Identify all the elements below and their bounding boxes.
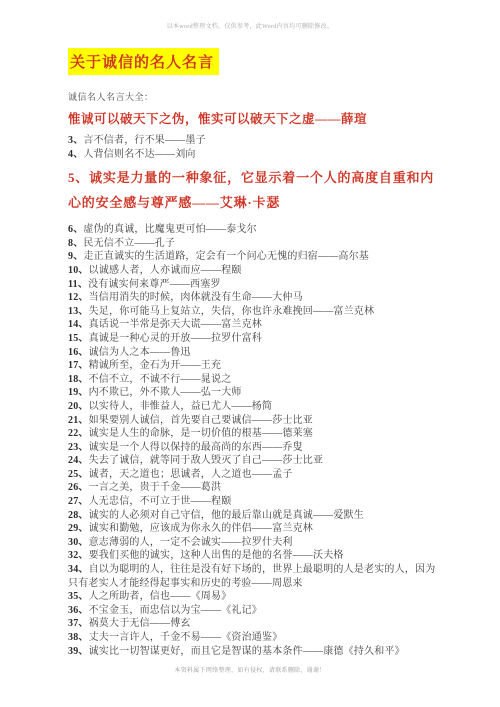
quote-item: 24、失去了诚信，就等同于敌人毁灭了自己——莎士比亚 [68, 454, 438, 468]
quote-text: 没有诚实何来尊严——西塞罗 [88, 279, 221, 290]
page-title: 关于诚信的名人名言 [68, 48, 219, 75]
quote-text: 以诚感人者，人亦诚而应——程颐 [89, 265, 242, 276]
quote-item: 28、诚实的人必须对自己守信，他的最后靠山就是真诚——爱默生 [68, 509, 438, 523]
quote-item: 8、民无信不立——孔子 [68, 237, 438, 251]
quote-text: 诚实是人生的命脉，是一切价值的根基——德莱塞 [89, 428, 313, 439]
quote-text: 走正直诚实的生活道路，定会有一个问心无愧的归宿——高尔基 [83, 251, 369, 262]
quote-number: 26、 [68, 482, 89, 493]
quote-number: 19、 [68, 387, 89, 398]
quote-text: 诚实比一切智谋更好，而且它是智谋的基本条件——康德《持久和平》 [89, 646, 405, 657]
quote-number: 12、 [68, 292, 89, 303]
quote-text: 诚实的人必须对自己守信，他的最后靠山就是真诚——爱默生 [89, 510, 364, 521]
lead-quote: 惟诚可以破天下之伪，惟实可以破天下之虚——薛瑄 [68, 109, 438, 127]
quote-number: 5、 [68, 170, 89, 185]
quote-item: 16、诚信为人之本——鲁迅 [68, 346, 438, 360]
quote-number: 18、 [68, 374, 89, 385]
quotes-list: 3、言不信者，行不果——墨子4、人背信则名不达——刘向5、诚实是力量的一种象征，… [68, 134, 438, 658]
quote-item: 32、要我们买他的诚实，这种人出售的是他的名誉——沃夫格 [68, 549, 438, 563]
quote-item: 12、当信用消失的时候，肉体就没有生命——大仲马 [68, 291, 438, 305]
quote-item: 13、失足，你可能马上复站立，失信，你也许永难挽回——富兰克林 [68, 305, 438, 319]
quote-item: 20、以实待人，非惟益人，益已尤人——杨简 [68, 400, 438, 414]
quote-text: 诚实和勤勉，应该成为你永久的伴侣——富兰克林 [89, 523, 313, 534]
quote-number: 20、 [68, 401, 89, 412]
quote-number: 32、 [68, 550, 89, 561]
quote-text: 祸莫大于无信——傅玄 [89, 618, 191, 629]
quote-item: 23、诚实是一个人得以保持的最高尚的东西——乔叟 [68, 441, 438, 455]
quote-item: 11、没有诚实何来尊严——西塞罗 [68, 278, 438, 292]
quote-number: 27、 [68, 496, 89, 507]
quote-text: 人无忠信，不可立于世——程颐 [89, 496, 232, 507]
quote-number: 10、 [68, 265, 89, 276]
quote-item: 37、祸莫大于无信——傅玄 [68, 617, 438, 631]
quote-text: 自以为聪明的人，往往是没有好下场的，世界上最聪明的人是老实的人，因为只有老实人才… [68, 564, 435, 589]
quote-item: 10、以诚感人者，人亦诚而应——程颐 [68, 264, 438, 278]
quote-item: 18、不信不立，不诚不行——晁说之 [68, 373, 438, 387]
quote-item: 34、自以为聪明的人，往往是没有好下场的，世界上最聪明的人是老实的人，因为只有老… [68, 563, 438, 590]
quote-number: 39、 [68, 646, 89, 657]
quote-number: 16、 [68, 347, 89, 358]
quote-text: 诚者，天之道也；思诚者，人之道也——孟子 [89, 469, 293, 480]
quote-text: 不信不立，不诚不行——晁说之 [89, 374, 232, 385]
quote-text: 诚实是力量的一种象征，它显示着一个人的高度自重和内心的安全感与尊严感——艾琳·卡… [68, 170, 434, 210]
quote-text: 失足，你可能马上复站立，失信，你也许永难挽回——富兰克林 [89, 306, 375, 317]
quote-text: 人背信则名不达——刘向 [83, 149, 195, 160]
quote-item: 26、一言之美，贵于千金——葛洪 [68, 481, 438, 495]
quote-number: 35、 [68, 591, 89, 602]
quote-text: 诚信为人之本——鲁迅 [89, 347, 191, 358]
quote-number: 8、 [68, 238, 83, 249]
quote-item: 35、人之所助者，信也——《周易》 [68, 590, 438, 604]
quote-text: 以实待人，非惟益人，益已尤人——杨简 [89, 401, 273, 412]
quote-item: 22、诚实是人生的命脉，是一切价值的根基——德莱塞 [68, 427, 438, 441]
quote-text: 要我们买他的诚实，这种人出售的是他的名誉——沃夫格 [89, 550, 344, 561]
quote-text: 如果要别人诚信，首先要自己要诚信——莎士比亚 [89, 415, 313, 426]
header-note: 以本word整理文档，仅供参考，此Word内容均可删除修改。 [0, 21, 500, 30]
quote-number: 3、 [68, 135, 83, 146]
quote-number: 34、 [68, 564, 89, 575]
quote-item: 17、精诚所至，金石为开——王充 [68, 359, 438, 373]
quote-number: 29、 [68, 523, 89, 534]
quote-item: 25、诚者，天之道也；思诚者，人之道也——孟子 [68, 468, 438, 482]
quote-text: 一言之美，贵于千金——葛洪 [89, 482, 222, 493]
quote-item: 30、意志薄弱的人，一定不会诚实——拉罗什夫利 [68, 536, 438, 550]
quote-item: 39、诚实比一切智谋更好，而且它是智谋的基本条件——康德《持久和平》 [68, 645, 438, 659]
quote-number: 21、 [68, 415, 89, 426]
quote-item: 9、走正直诚实的生活道路，定会有一个问心无愧的归宿——高尔基 [68, 250, 438, 264]
quote-number: 11、 [68, 279, 88, 290]
quote-number: 9、 [68, 251, 83, 262]
quote-number: 22、 [68, 428, 89, 439]
quote-item: 21、如果要别人诚信，首先要自己要诚信——莎士比亚 [68, 414, 438, 428]
quote-number: 15、 [68, 333, 89, 344]
quote-item: 14、真话说一半常是弥天大谎——富兰克林 [68, 318, 438, 332]
quote-number: 37、 [68, 618, 89, 629]
quote-text: 真诚是一种心灵的开放——拉罗什富科 [89, 333, 262, 344]
quote-item: 38、丈夫一言许人，千金不易——《资治通鉴》 [68, 631, 438, 645]
quote-item: 19、内不欺已，外不欺人——弘一大师 [68, 386, 438, 400]
quote-number: 36、 [68, 605, 89, 616]
quote-number: 14、 [68, 319, 89, 330]
quote-text: 意志薄弱的人，一定不会诚实——拉罗什夫利 [89, 537, 293, 548]
quote-number: 6、 [68, 224, 83, 235]
quote-item: 15、真诚是一种心灵的开放——拉罗什富科 [68, 332, 438, 346]
quote-text: 精诚所至，金石为开——王充 [89, 360, 222, 371]
quote-number: 17、 [68, 360, 89, 371]
quote-text: 言不信者，行不果——墨子 [83, 135, 205, 146]
quote-item: 4、人背信则名不达——刘向 [68, 148, 438, 162]
quote-text: 不宝金玉，而忠信以为宝——《礼记》 [89, 605, 262, 616]
quote-text: 诚实是一个人得以保持的最高尚的东西——乔叟 [89, 442, 303, 453]
quote-number: 4、 [68, 149, 83, 160]
quote-item: 6、虚伪的真诚，比魔鬼更可怕——泰戈尔 [68, 223, 438, 237]
quote-item: 3、言不信者，行不果——墨子 [68, 134, 438, 148]
quote-item: 5、诚实是力量的一种象征，它显示着一个人的高度自重和内心的安全感与尊严感——艾琳… [68, 165, 438, 215]
quote-text: 真话说一半常是弥天大谎——富兰克林 [89, 319, 262, 330]
quote-number: 24、 [68, 455, 89, 466]
quote-text: 人之所助者，信也——《周易》 [89, 591, 232, 602]
document-page: 以本word整理文档，仅供参考，此Word内容均可删除修改。 关于诚信的名人名言… [0, 0, 500, 707]
quote-text: 民无信不立——孔子 [83, 238, 175, 249]
quote-text: 丈夫一言许人，千金不易——《资治通鉴》 [89, 632, 283, 643]
quote-text: 内不欺已，外不欺人——弘一大师 [89, 387, 242, 398]
quote-text: 失去了诚信，就等同于敌人毁灭了自己——莎士比亚 [89, 455, 324, 466]
quote-number: 13、 [68, 306, 89, 317]
quote-number: 25、 [68, 469, 89, 480]
quote-text: 当信用消失的时候，肉体就没有生命——大仲马 [89, 292, 303, 303]
quote-number: 28、 [68, 510, 89, 521]
quote-item: 29、诚实和勤勉，应该成为你永久的伴侣——富兰克林 [68, 522, 438, 536]
document-content: 关于诚信的名人名言 诚信名人名言大全： 惟诚可以破天下之伪，惟实可以破天下之虚—… [68, 48, 438, 658]
quote-item: 27、人无忠信，不可立于世——程颐 [68, 495, 438, 509]
quote-number: 23、 [68, 442, 89, 453]
footer-note: 本资料属下网络整理，如有侵权，请联系删除，谢谢！ [0, 665, 500, 674]
quote-number: 30、 [68, 537, 89, 548]
quote-text: 虚伪的真诚，比魔鬼更可怕——泰戈尔 [83, 224, 256, 235]
quote-item: 36、不宝金玉，而忠信以为宝——《礼记》 [68, 604, 438, 618]
intro-label: 诚信名人名言大全： [68, 90, 438, 103]
quote-number: 38、 [68, 632, 89, 643]
